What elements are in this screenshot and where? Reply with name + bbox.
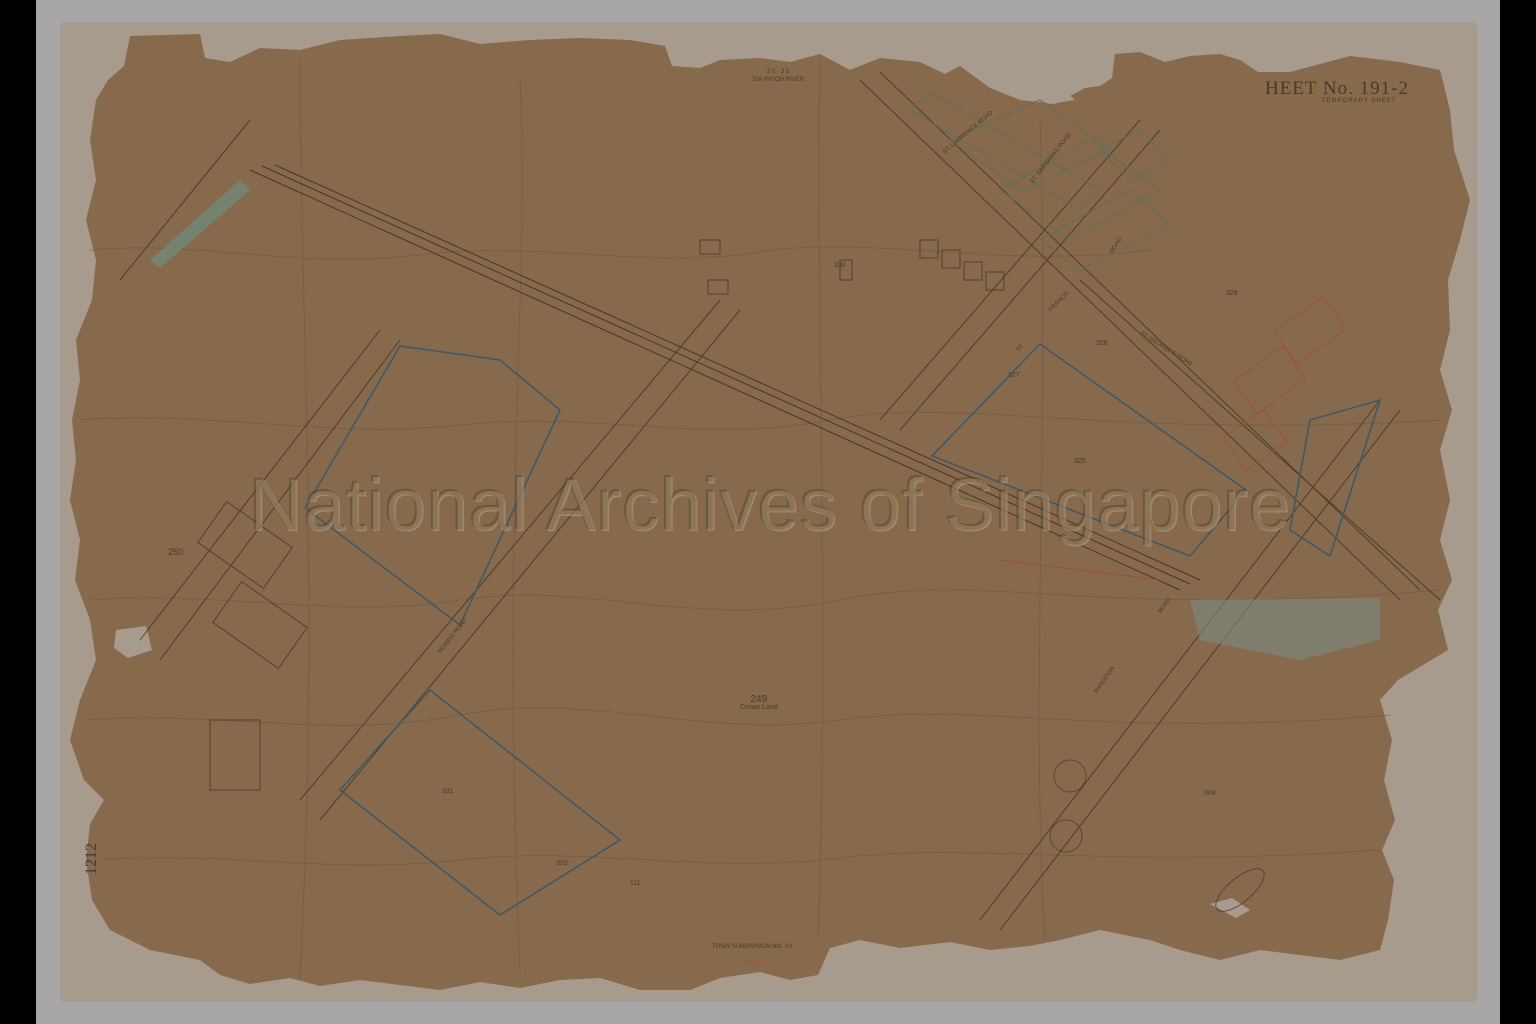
lot-325: 325 (1074, 458, 1086, 466)
sheet-number: HEET No. 191-2 (1265, 78, 1409, 100)
lot-326: 326 (1096, 340, 1108, 348)
map-sheet (0, 0, 1536, 1024)
sheet-subtitle: TEMPORARY SHEET (1322, 98, 1396, 104)
top-reference: 2 1 - 3 5 20A PAYOH RIVER (752, 68, 804, 84)
lot-250: 250 (168, 548, 183, 556)
lot-304: 304 (1204, 790, 1216, 798)
lot-330: 330 (834, 262, 846, 270)
handwritten-number: 1212 (83, 843, 101, 875)
lot-328: 328 (1226, 290, 1238, 298)
lot-329: 329 (556, 860, 568, 868)
lot-327: 327 (1008, 372, 1020, 380)
map-paper (70, 34, 1470, 990)
lot-249: 249 Crown Land (740, 696, 778, 712)
subdivision-label: TOWN SUBDIVISION NO. XV (712, 944, 793, 950)
lot-331: 331 (442, 788, 454, 796)
lot-111: 111 (630, 880, 641, 888)
